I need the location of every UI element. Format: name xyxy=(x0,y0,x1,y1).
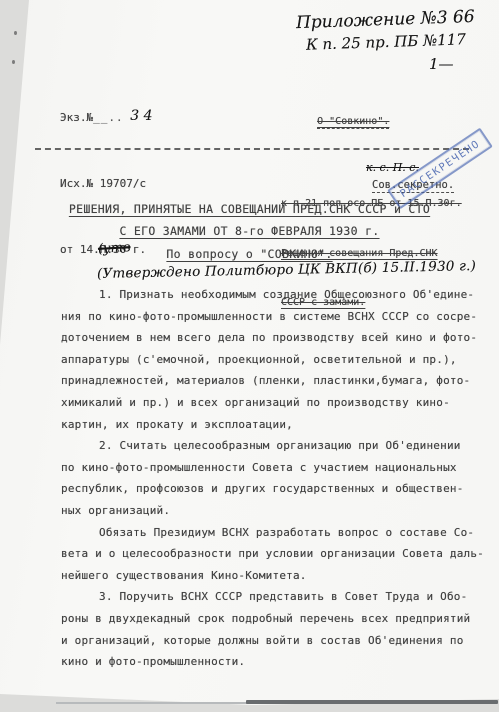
body-line: вета и о целесообразности при условии ор… xyxy=(61,543,484,565)
dashed-separator xyxy=(35,148,469,150)
body-line: роны в двухдекадный срок подробный переч… xyxy=(61,608,484,630)
body-line: кино и фото-промышленности. xyxy=(61,651,484,673)
body-line: 1. Признать необходимым создание Общесою… xyxy=(61,284,484,306)
body-line: по кино-фото-промышленности Совета с уча… xyxy=(61,457,484,479)
title-line2: С ЕГО ЗАМАМИ ОТ 8-го ФЕВРАЛЯ 1930 г. xyxy=(0,224,499,238)
body-line: и организаций, которые должны войти в со… xyxy=(61,630,484,652)
body-line: республик, профсоюзов и других государст… xyxy=(61,478,484,500)
body-line: принадлежностей, материалов (пленки, пла… xyxy=(61,370,484,392)
body-line: нейшего существования Кино-Комитета. xyxy=(61,565,484,587)
paper-speck xyxy=(14,31,17,35)
body-line: химикалий и пр.) и всех организаций по п… xyxy=(61,392,484,414)
document-body: 1. Признать необходимым создание Общесою… xyxy=(61,284,484,673)
handwritten-mark: 1— xyxy=(429,56,454,73)
copy-label: Экз.№ xyxy=(60,111,93,124)
body-line: ния по кино-фото-промышленности в систем… xyxy=(61,306,484,328)
struck-handwriting: к. с. П. с. xyxy=(366,161,419,174)
handwritten-copy-number: 3 4 xyxy=(130,108,152,124)
title-line1: РЕШЕНИЯ, ПРИНЯТЫЕ НА СОВЕЩАНИИ ПРЕД.СНК … xyxy=(0,202,499,216)
copy-number-line: Экз.№__.. 3 4 xyxy=(60,106,153,129)
body-line: картин, их прокату и эксплоатации, xyxy=(61,414,484,436)
body-line: аппаратуры (с'емочной, проекционной, осв… xyxy=(61,349,484,371)
body-line: Обязать Президиум ВСНХ разработать вопро… xyxy=(61,522,484,544)
body-line: ных организаций. xyxy=(61,500,484,522)
paper-speck xyxy=(12,60,15,64)
struck-subject-sovkino: О "Совкино". xyxy=(317,116,389,129)
body-line: 3. Поручить ВСНХ СССР представить в Сове… xyxy=(61,586,484,608)
page-bottom-edge-light xyxy=(56,702,248,704)
body-line: доточением в нем всего дела по производс… xyxy=(61,327,484,349)
copy-dots: __.. xyxy=(93,111,124,124)
page-bottom-edge-shadow xyxy=(246,700,498,704)
subject-heading: По вопросу о "СОВКИНО". xyxy=(166,247,332,261)
body-line: 2. Считать целесообразным организацию пр… xyxy=(61,435,484,457)
scanned-document: Приложение №3 66 К п. 25 пр. ПБ №117 Экз… xyxy=(0,0,499,712)
outgoing-number: Исх.№ 19707/с xyxy=(60,173,153,195)
